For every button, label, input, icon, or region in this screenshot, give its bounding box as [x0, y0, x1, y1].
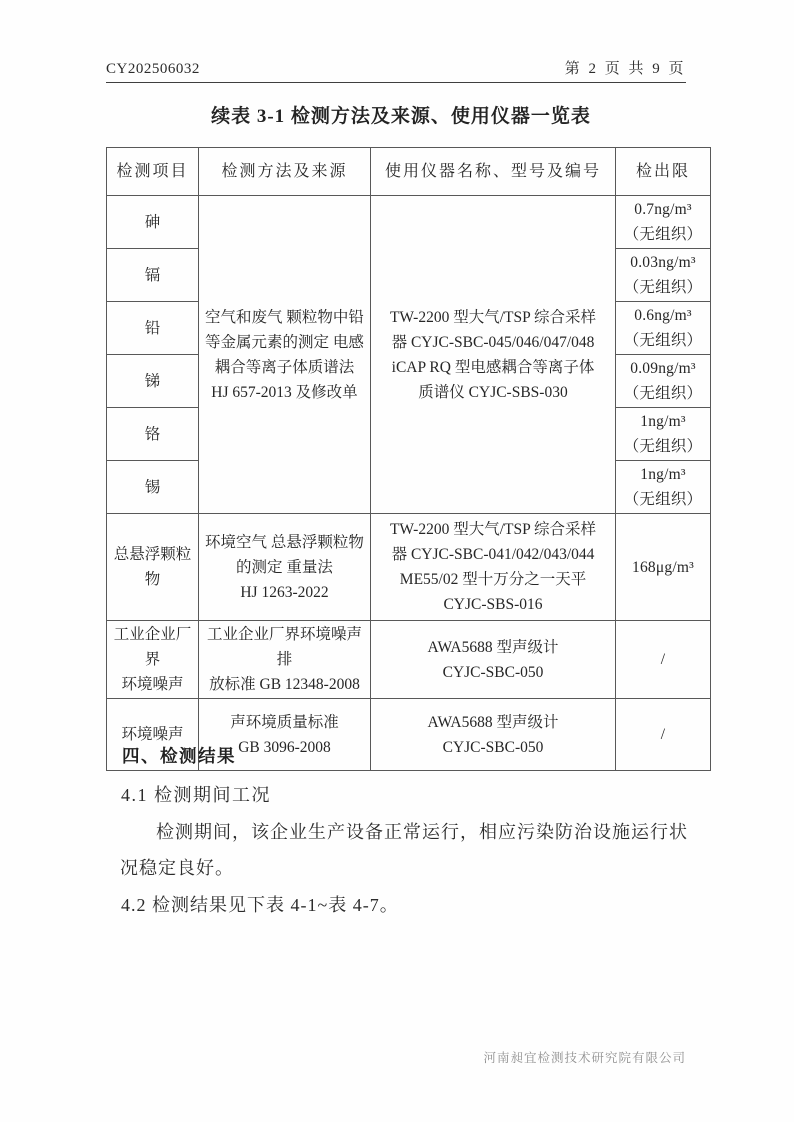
table-row-factory-noise: 工业企业厂界 环境噪声 工业企业厂界环境噪声排 放标准 GB 12348-200…	[107, 621, 711, 699]
analyte-cell: 锑	[107, 355, 199, 408]
method-cell: 环境空气 总悬浮颗粒物 的测定 重量法 HJ 1263-2022	[199, 514, 371, 621]
method-cell: 工业企业厂界环境噪声排 放标准 GB 12348-2008	[199, 621, 371, 699]
analyte-cell: 镉	[107, 249, 199, 302]
method-cell-metals: 空气和废气 颗粒物中铅 等金属元素的测定 电感 耦合等离子体质谱法 HJ 657…	[199, 196, 371, 514]
analyte-cell: 铅	[107, 302, 199, 355]
column-header-instrument: 使用仪器名称、型号及编号	[371, 148, 616, 196]
column-header-method: 检测方法及来源	[199, 148, 371, 196]
limit-cell: /	[616, 621, 711, 699]
column-header-limit: 检出限	[616, 148, 711, 196]
instrument-cell: AWA5688 型声级计 CYJC-SBC-050	[371, 621, 616, 699]
limit-cell: 1ng/m³ （无组织）	[616, 408, 711, 461]
table-row-tsp: 总悬浮颗粒物 环境空气 总悬浮颗粒物 的测定 重量法 HJ 1263-2022 …	[107, 514, 711, 621]
analyte-cell: 铬	[107, 408, 199, 461]
limit-cell: 0.03ng/m³ （无组织）	[616, 249, 711, 302]
document-page: CY202506032 第 2 页 共 9 页 续表 3-1 检测方法及来源、使…	[0, 0, 794, 1122]
instrument-cell: TW-2200 型大气/TSP 综合采样 器 CYJC-SBC-041/042/…	[371, 514, 616, 621]
analyte-cell: 锡	[107, 461, 199, 514]
subsection-4-1: 4.1 检测期间工况	[121, 781, 271, 807]
analyte-cell: 工业企业厂界 环境噪声	[107, 621, 199, 699]
limit-cell: 0.6ng/m³ （无组织）	[616, 302, 711, 355]
company-footer: 河南昶宜检测技术研究院有限公司	[106, 1048, 686, 1066]
table-row-arsenic: 砷 空气和废气 颗粒物中铅 等金属元素的测定 电感 耦合等离子体质谱法 HJ 6…	[107, 196, 711, 249]
page-header: CY202506032 第 2 页 共 9 页	[106, 57, 686, 83]
limit-cell: /	[616, 699, 711, 771]
table-header-row: 检测项目 检测方法及来源 使用仪器名称、型号及编号 检出限	[107, 148, 711, 196]
analyte-cell: 总悬浮颗粒物	[107, 514, 199, 621]
document-number: CY202506032	[106, 61, 200, 78]
subsection-4-2: 4.2 检测结果见下表 4-1~表 4-7。	[121, 891, 399, 917]
analyte-cell: 砷	[107, 196, 199, 249]
section-heading-results: 四、检测结果	[122, 743, 236, 768]
limit-cell: 168μg/m³	[616, 514, 711, 621]
limit-cell: 0.09ng/m³ （无组织）	[616, 355, 711, 408]
table-title: 续表 3-1 检测方法及来源、使用仪器一览表	[106, 101, 696, 128]
limit-cell: 1ng/m³ （无组织）	[616, 461, 711, 514]
limit-cell: 0.7ng/m³ （无组织）	[616, 196, 711, 249]
results-paragraph: 检测期间，该企业生产设备正常运行，相应污染防治设施运行状况稳定良好。	[120, 814, 700, 886]
instrument-cell: AWA5688 型声级计 CYJC-SBC-050	[371, 699, 616, 771]
page-number-info: 第 2 页 共 9 页	[565, 57, 686, 78]
column-header-item: 检测项目	[107, 148, 199, 196]
method-instrument-table: 检测项目 检测方法及来源 使用仪器名称、型号及编号 检出限 砷 空气和废气 颗粒…	[106, 147, 711, 771]
instrument-cell-metals: TW-2200 型大气/TSP 综合采样 器 CYJC-SBC-045/046/…	[371, 196, 616, 514]
